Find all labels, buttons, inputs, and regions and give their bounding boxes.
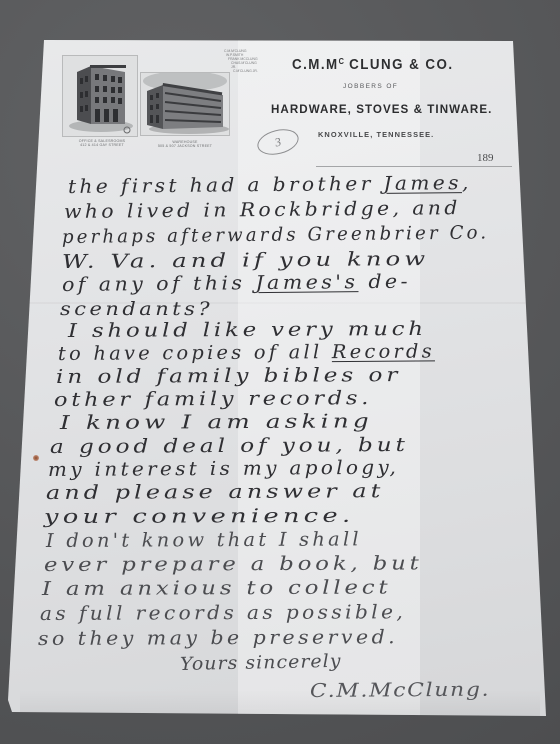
letter-line: my interest is my apology, xyxy=(48,457,399,481)
letter-line: scendants? xyxy=(60,298,213,320)
letter-line: so they may be preserved. xyxy=(38,626,398,650)
date-line xyxy=(316,166,512,167)
paper-stain xyxy=(33,455,39,461)
letter-paper: OFFICE & SALESROOMS 412 & 414 GAY STREET xyxy=(0,0,560,744)
office-building-engraving xyxy=(62,55,138,137)
office-caption: OFFICE & SALESROOMS 412 & 414 GAY STREET xyxy=(62,139,142,147)
letter-line: I should like very much xyxy=(68,318,427,342)
letter-line: perhaps afterwards Greenbrier Co. xyxy=(62,222,489,248)
warehouse-caption: WAREHOUSE 505 & 507 JACKSON STREET xyxy=(140,140,230,148)
letter-line: your convenience. xyxy=(44,505,355,528)
letter-line: in old family bibles or xyxy=(56,364,401,388)
letter-signature: C.M.McClung. xyxy=(310,679,491,702)
underlined-word: James xyxy=(383,172,462,195)
office-building-icon xyxy=(63,56,137,136)
underlined-word: James's xyxy=(255,271,358,294)
letter-line: ever prepare a book, but xyxy=(44,552,423,576)
date-year-prefix: 189 xyxy=(477,152,494,164)
letter-line: to have copies of all Records xyxy=(58,340,435,365)
letter-line: and please answer at xyxy=(46,480,385,504)
letter-line: I am anxious to collect xyxy=(42,576,392,600)
firm-products: HARDWARE, STOVES & TINWARE. xyxy=(271,103,492,116)
letter-closing: Yours sincerely xyxy=(180,651,342,675)
partners-fine-print: C.M.M'CLUNG W.P.SMITH FRANK MCCLUNG CHAS… xyxy=(224,50,262,73)
letter-line: of any of this James's de- xyxy=(62,271,411,296)
letter-line: as full records as possible, xyxy=(40,601,406,625)
underlined-word: Records xyxy=(332,340,435,363)
letter-line: the first had a brother James, xyxy=(68,172,472,198)
letter-line: W. Va. and if you know xyxy=(62,248,429,273)
warehouse-icon xyxy=(141,73,229,135)
letter-line: who lived in Rockbridge, and xyxy=(64,197,461,223)
letter-line: I know I am asking xyxy=(60,410,373,434)
letter-line: other family records. xyxy=(54,387,372,411)
letter-line: a good deal of you, but xyxy=(50,434,409,458)
warehouse-engraving xyxy=(140,72,230,136)
archive-number-circled: 3 xyxy=(255,125,302,158)
firm-tagline: JOBBERS OF xyxy=(343,83,398,90)
firm-location: KNOXVILLE, TENNESSEE. xyxy=(318,130,434,139)
letter-line: I don't know that I shall xyxy=(46,528,362,552)
firm-name: C.M.MC CLUNG & CO. xyxy=(292,57,454,73)
